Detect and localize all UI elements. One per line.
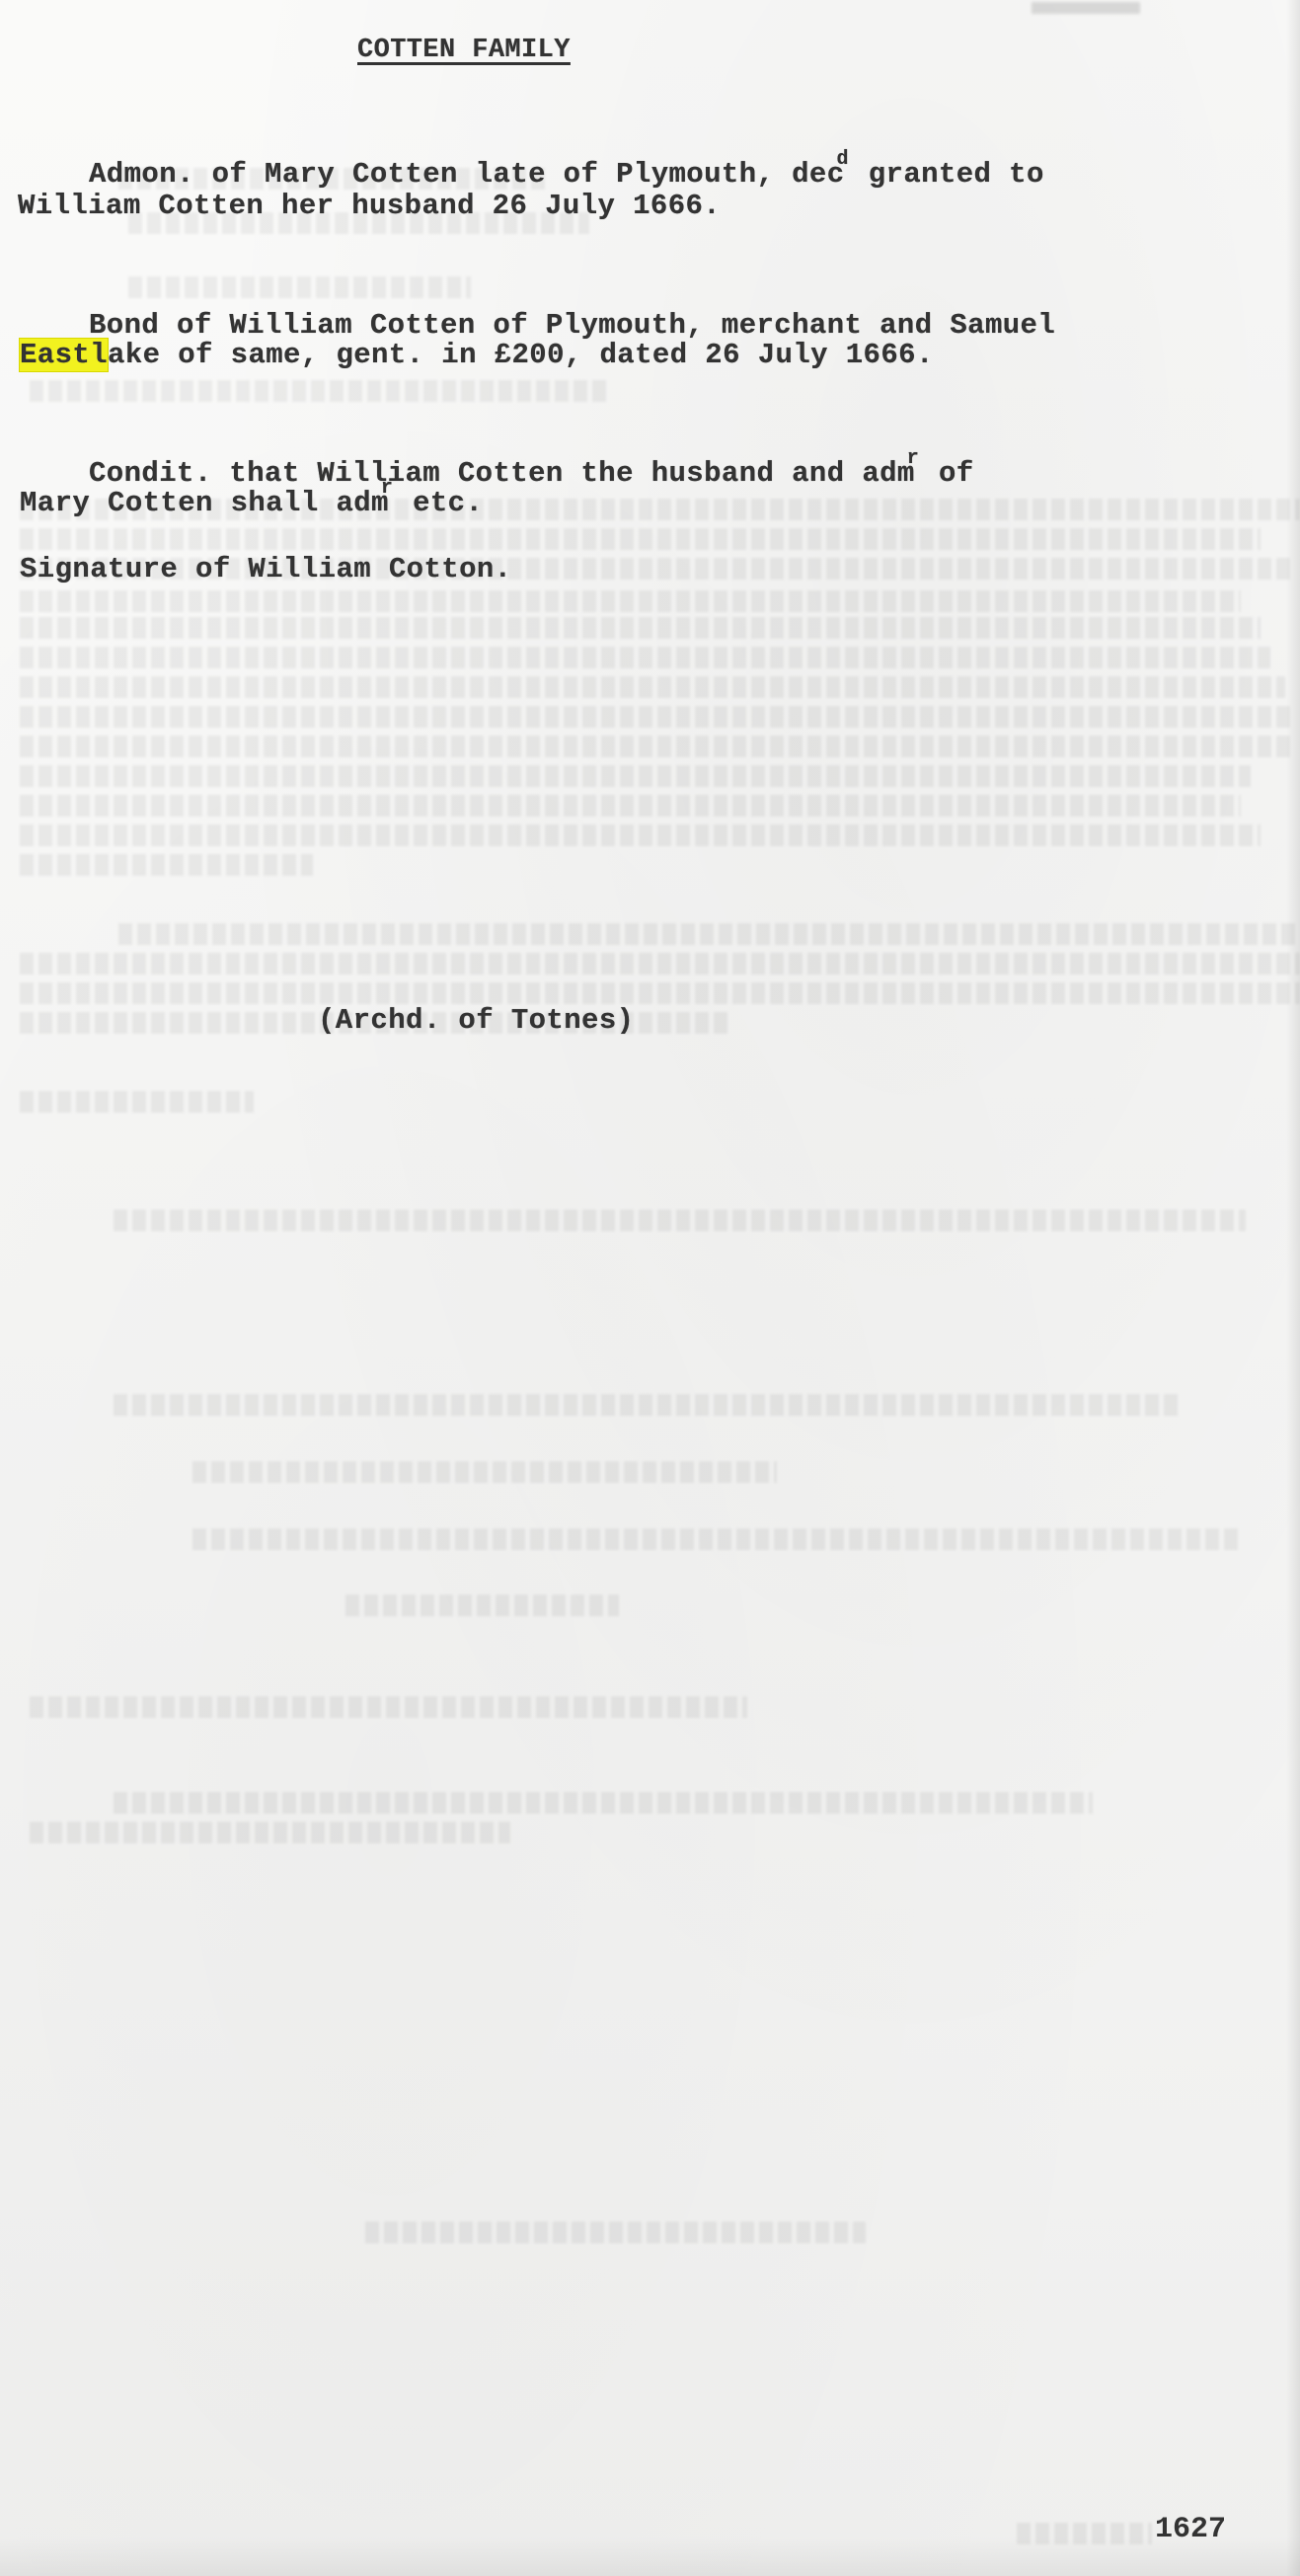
entry-line: Eastlake of same, gent. in £200, dated 2…	[20, 339, 934, 371]
entry-line: William Cotten her husband 26 July 1666.	[18, 190, 721, 222]
highlighted-text: Eastl	[20, 339, 108, 371]
page-bottom-shadow	[0, 2537, 1300, 2576]
entry-line: Condit. that William Cotten the husband …	[0, 457, 974, 490]
page-edge-shadow	[1286, 0, 1300, 2576]
entry-line: Mary Cotten shall admr etc.	[20, 487, 483, 519]
page-number: 1627	[1155, 2513, 1226, 2546]
document-title: COTTEN FAMILY	[357, 36, 571, 65]
superscript: r	[907, 447, 919, 470]
entry-line: Admon. of Mary Cotten late of Plymouth, …	[0, 158, 1044, 191]
entry-signature: Signature of William Cotton.	[20, 553, 511, 585]
entry-line: Bond of William Cotten of Plymouth, merc…	[0, 309, 1055, 342]
superscript: r	[381, 477, 393, 500]
corner-stamp-mark	[1032, 2, 1140, 14]
source-archdeaconry: (Archd. of Totnes)	[318, 1004, 634, 1037]
superscript: d	[837, 148, 849, 171]
